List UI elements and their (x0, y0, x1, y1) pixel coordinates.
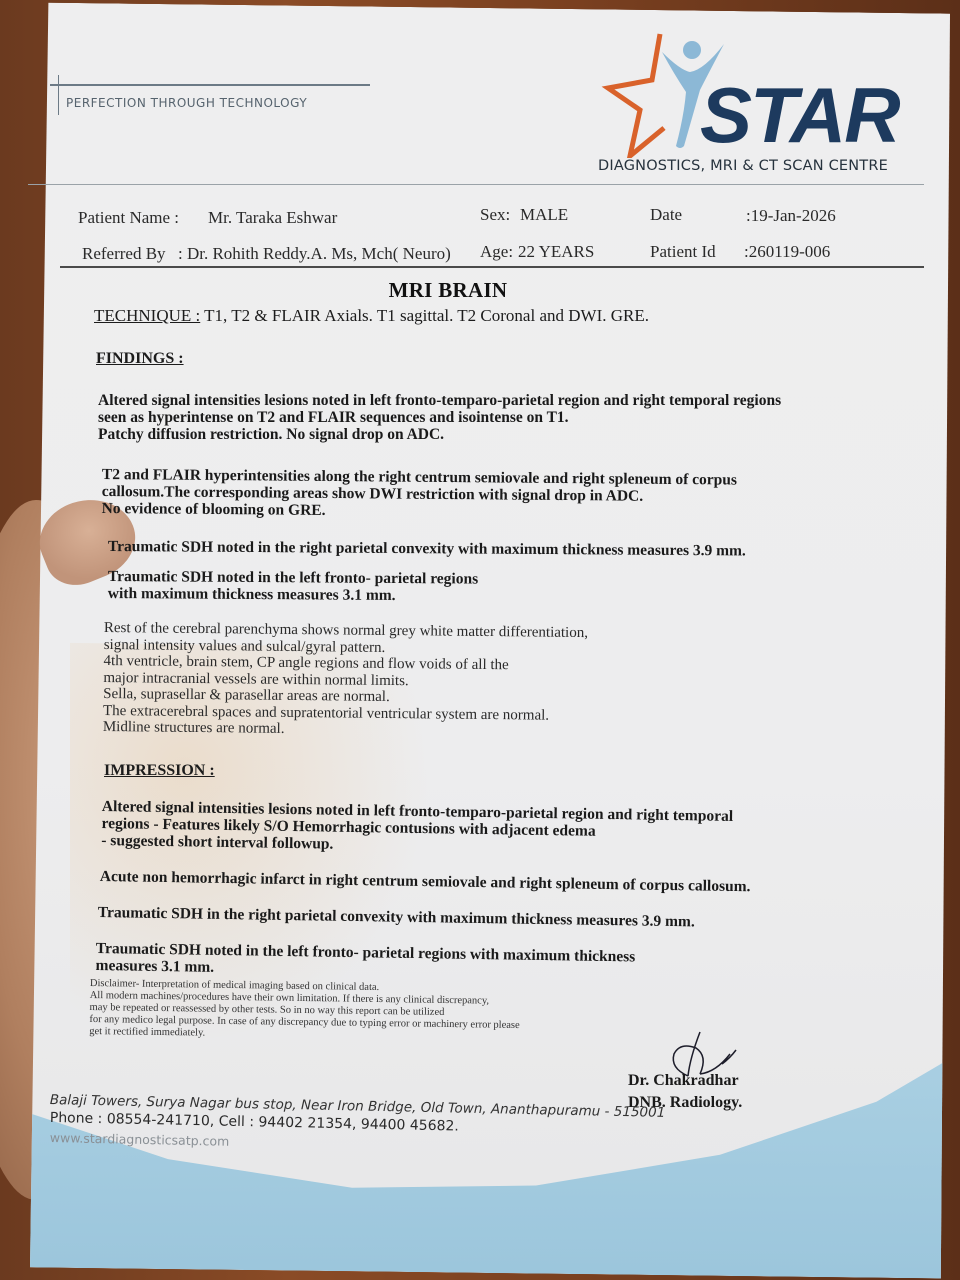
tagline: PERFECTION THROUGH TECHNOLOGY (66, 96, 307, 110)
finding-item: Traumatic SDH noted in the right parieta… (108, 538, 746, 559)
technique-line: TECHNIQUE : T1, T2 & FLAIR Axials. T1 sa… (94, 306, 649, 326)
findings-heading: FINDINGS : (96, 350, 184, 368)
technique-label: TECHNIQUE : (94, 306, 200, 325)
report-content: PERFECTION THROUGH TECHNOLOGY STAR DIAGN… (0, 0, 960, 1280)
sex-value: MALE (520, 205, 568, 225)
report-title: MRI BRAIN (0, 278, 928, 303)
patient-id-label: Patient Id (650, 242, 716, 262)
header-divider (28, 184, 924, 185)
disclaimer-text: Disclaimer- Interpretation of medical im… (89, 978, 520, 1044)
date-value: :19-Jan-2026 (746, 206, 836, 226)
impression-item: Acute non hemorrhagic infarct in right c… (100, 868, 751, 895)
footer-website[interactable]: www.stardiagnosticsatp.com (50, 1130, 230, 1149)
impression-item: Traumatic SDH in the right parietal conv… (98, 904, 695, 930)
date-label: Date (650, 205, 682, 225)
finding-item: T2 and FLAIR hyperintensities along the … (102, 466, 738, 523)
tagline-rule (50, 84, 370, 86)
finding-item: Rest of the cerebral parenchyma shows no… (103, 620, 588, 741)
age-value: 22 YEARS (518, 242, 594, 262)
patient-info-divider (60, 266, 924, 268)
patient-id-value: :260119-006 (744, 242, 830, 262)
impression-item: Traumatic SDH noted in the left fronto- … (95, 940, 635, 982)
logo-wordmark: STAR (700, 70, 899, 161)
patient-name-label: Patient Name : (78, 208, 179, 228)
sex-label: Sex: (480, 205, 510, 225)
patient-name-value: Mr. Taraka Eshwar (208, 208, 337, 228)
technique-value: T1, T2 & FLAIR Axials. T1 sagittal. T2 C… (200, 306, 649, 325)
referred-by-value: : Dr. Rohith Reddy.A. Ms, Mch( Neuro) (178, 244, 451, 264)
logo-subtitle: DIAGNOSTICS, MRI & CT SCAN CENTRE (598, 158, 888, 174)
impression-item: Altered signal intensities lesions noted… (101, 798, 733, 859)
finding-item: Altered signal intensities lesions noted… (98, 392, 781, 443)
radiologist-name: Dr. Chakradhar (628, 1072, 739, 1090)
finding-item: Traumatic SDH noted in the left fronto- … (108, 568, 478, 605)
tagline-tick (58, 75, 59, 115)
age-label: Age: (480, 242, 513, 262)
referred-by-label: Referred By (82, 244, 166, 264)
impression-heading: IMPRESSION : (104, 762, 215, 780)
